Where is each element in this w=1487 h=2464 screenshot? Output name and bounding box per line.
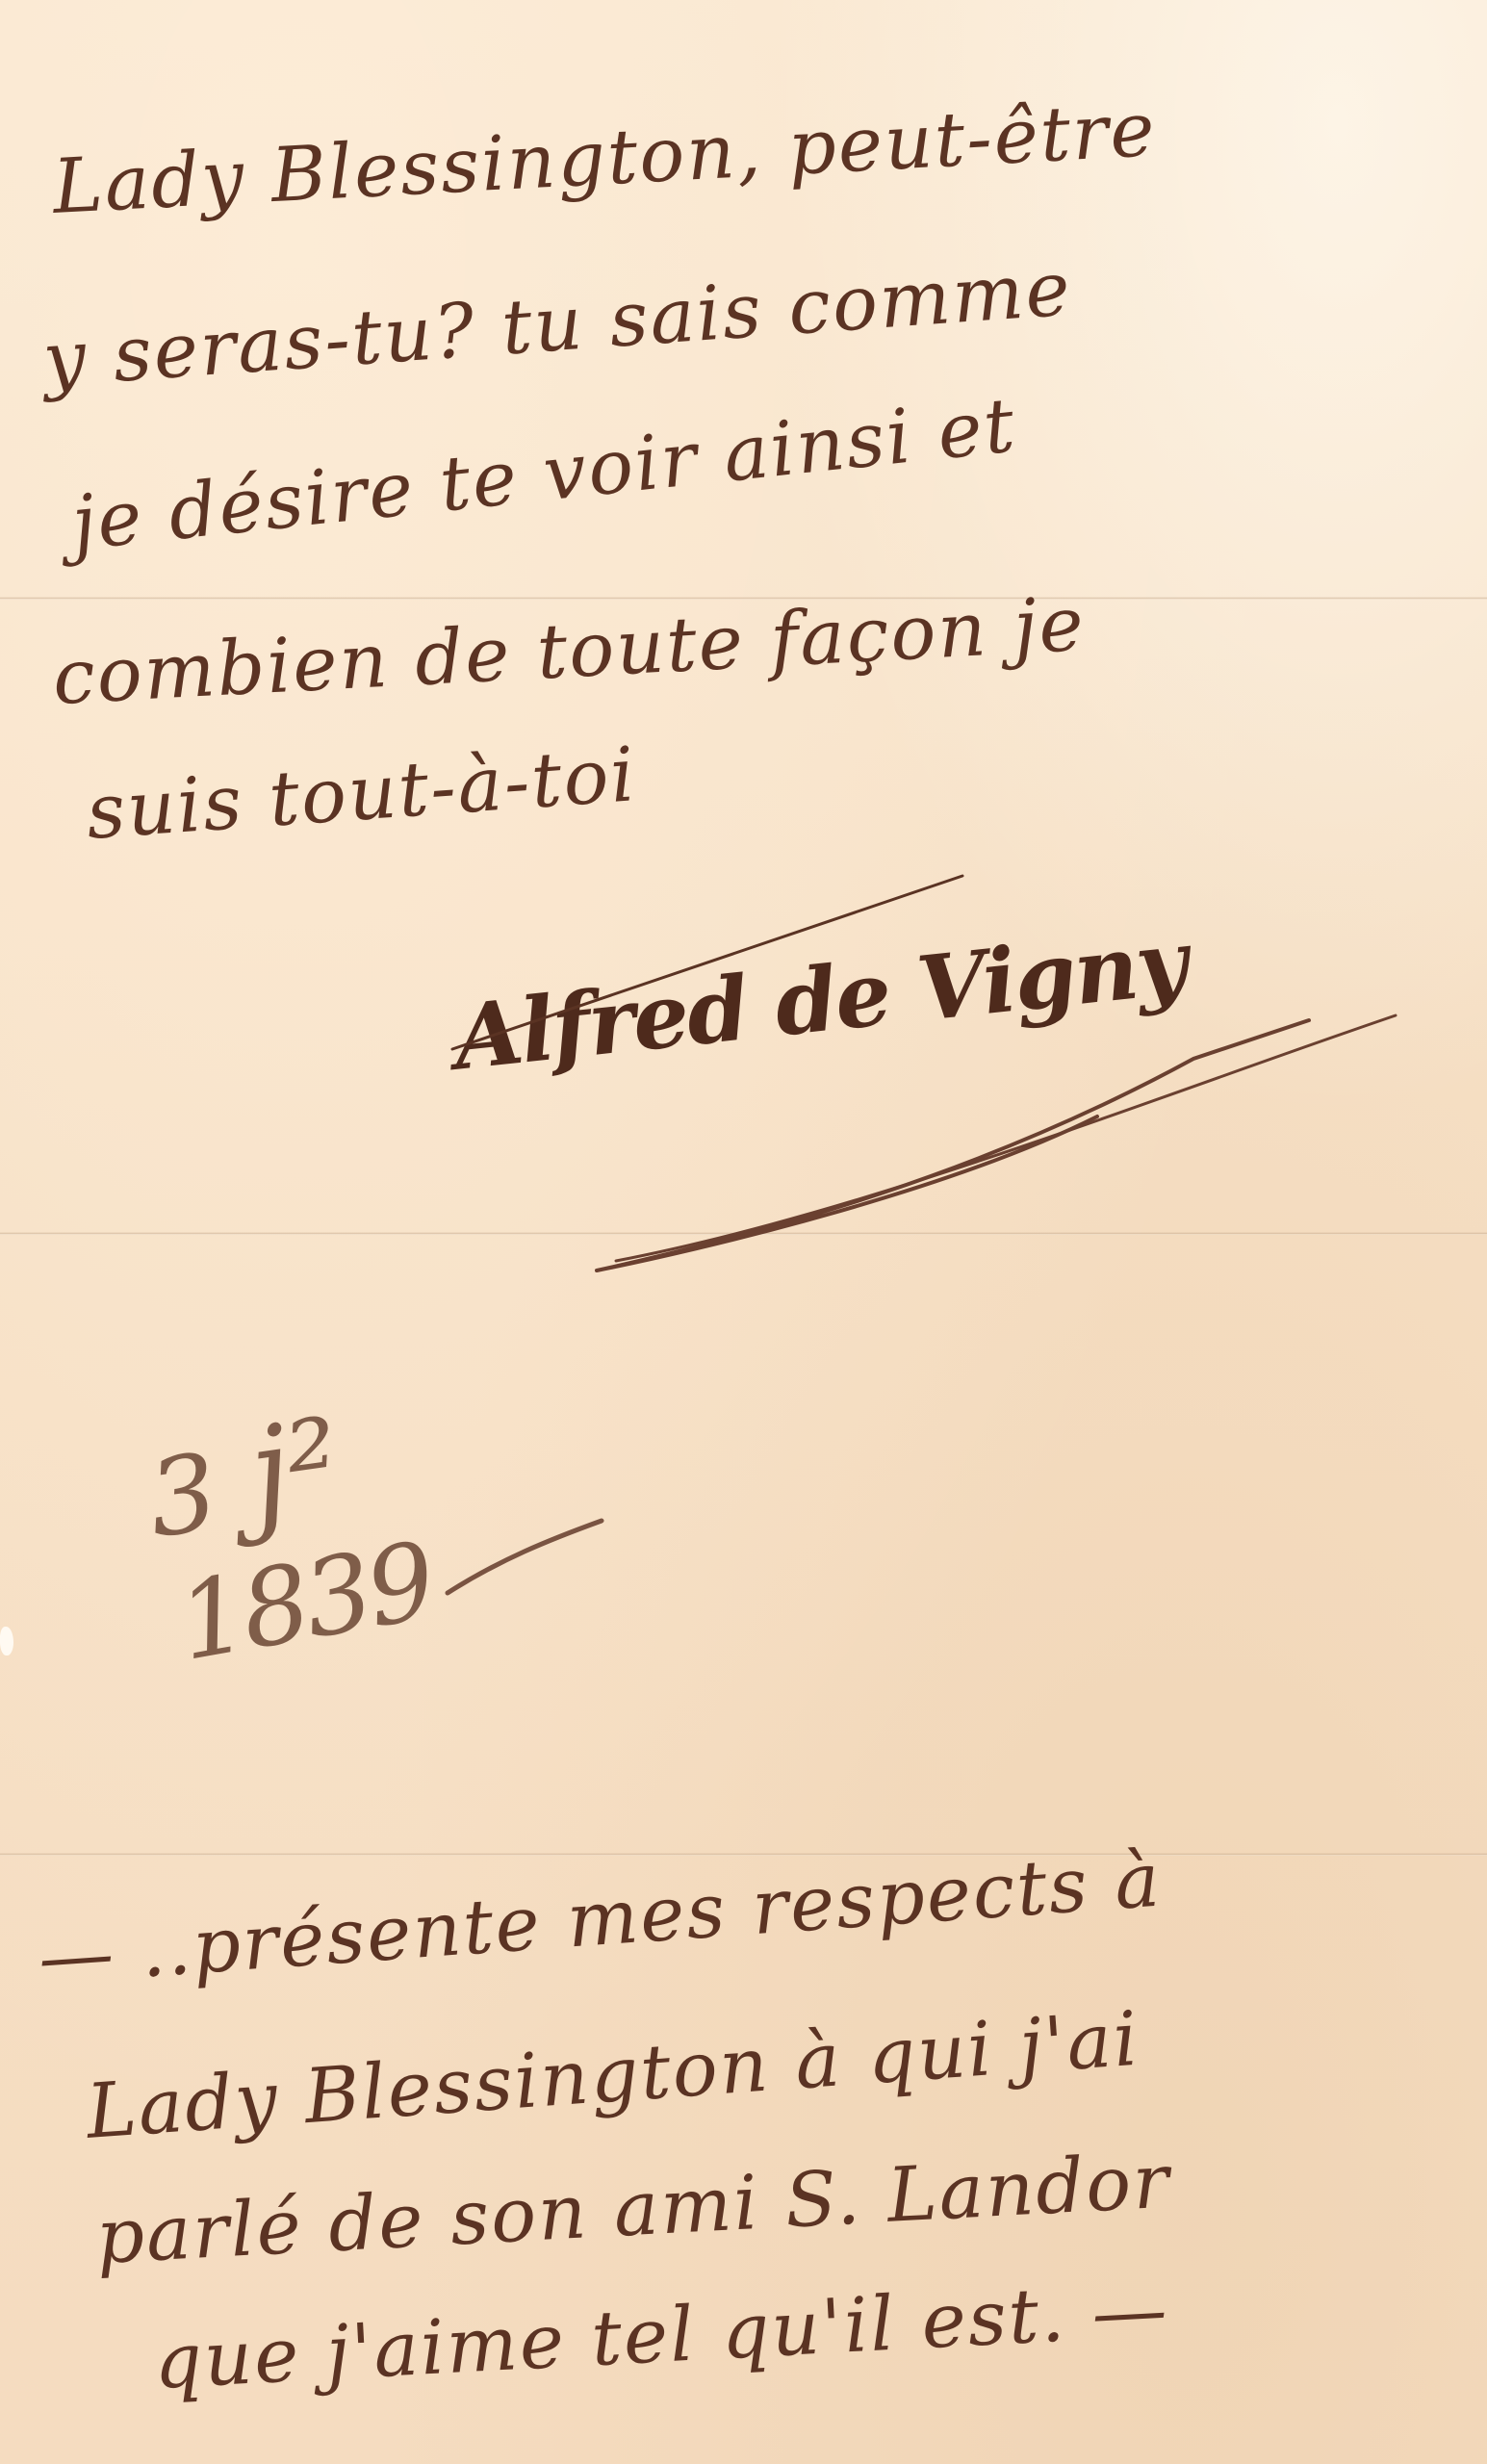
- torn-edge: [0, 1627, 13, 1655]
- letter-line: Lady Blessington, peut-être: [51, 87, 1159, 231]
- letter-page: Lady Blessington, peut-être y seras-tu? …: [0, 0, 1487, 2464]
- date-day: 3: [141, 1430, 224, 1561]
- letter-line: je désire te voir ainsi et: [67, 382, 1020, 568]
- letter-line: y seras-tu? tu sais comme: [40, 245, 1074, 403]
- postscript-line: que j'aime tel qu'il est. —: [152, 2267, 1171, 2406]
- letter-line: combien de toute façon je: [51, 581, 1088, 722]
- postscript-line: — ..présente mes respects à: [36, 1837, 1165, 2002]
- date-flourish: [443, 1511, 606, 1598]
- paper-fold-line: [0, 1853, 1487, 1856]
- letter-line: suis tout-à-toi: [84, 731, 639, 857]
- postscript-line: Lady Blessington à qui j'ai: [84, 1996, 1142, 2156]
- postscript-line: parlé de son ami S. Landor: [94, 2139, 1173, 2281]
- date-month: j²: [241, 1390, 349, 1547]
- signature-underline: [443, 866, 982, 1059]
